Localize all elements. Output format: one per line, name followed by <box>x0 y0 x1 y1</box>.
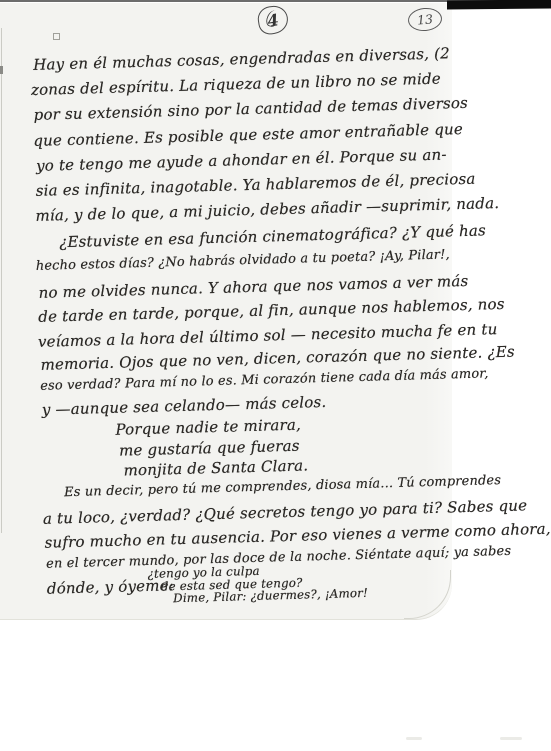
letter-line: que contiene. Es posible que este amor e… <box>33 120 463 150</box>
letter-line: mía, y de lo que, a mi juicio, debes aña… <box>35 194 499 225</box>
letter-line: ¿Estuviste en esa función cinematográfic… <box>59 221 486 251</box>
letter-line: yo te tengo me ayude a ahondar en él. Po… <box>36 145 447 174</box>
page-number-right: 13 <box>416 11 433 27</box>
letter-line: zonas del espíritu. La riqueza de un lib… <box>31 70 441 99</box>
letter-line: por su extensión sino por la cantidad de… <box>33 94 468 124</box>
scanned-letter-page: 4 13 Hay en él muchas cosas, engendradas… <box>0 0 551 751</box>
small-square-mark <box>53 33 60 40</box>
letter-line: y —aunque sea celando— más celos. <box>42 393 327 419</box>
letter-body: Hay en él muchas cosas, engendradas en d… <box>30 44 488 631</box>
letter-verse-line: monjita de Santa Clara. <box>123 456 308 479</box>
scan-left-edge-line <box>1 28 2 533</box>
scan-dark-band <box>447 0 551 9</box>
letter-verse-line: me gustaría que fueras <box>119 437 300 460</box>
scan-smudge <box>406 737 422 740</box>
letter-line: sia es infinita, inagotable. Ya hablarem… <box>36 170 476 200</box>
scan-left-mark <box>0 66 3 74</box>
letter-line: hecho estos días? ¿No habrás olvidado a … <box>36 247 450 274</box>
scan-smudge <box>500 737 522 740</box>
letter-verse-line: Porque nadie te mirara, <box>115 416 301 439</box>
